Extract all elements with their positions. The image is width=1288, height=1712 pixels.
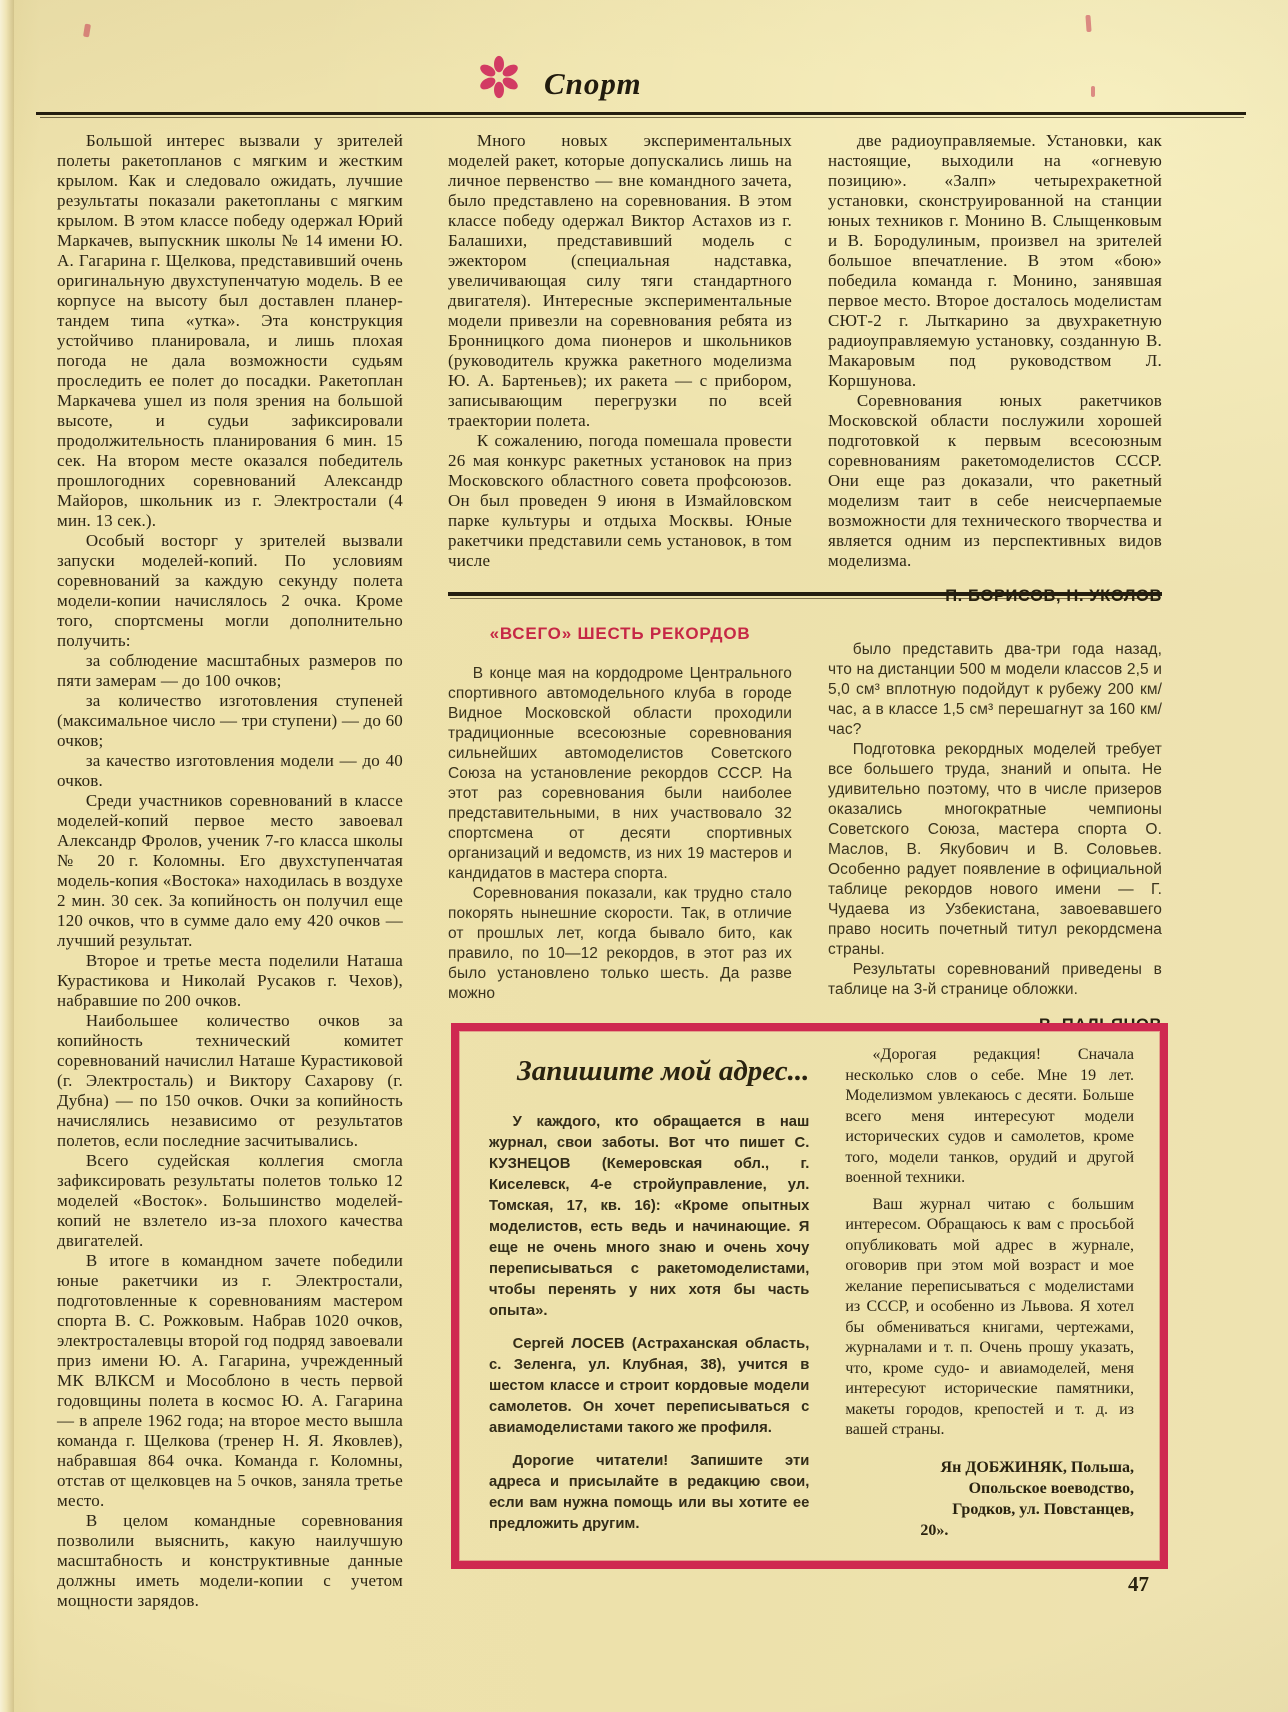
- red-registration-mark: [1085, 15, 1091, 32]
- records-column-right: было представить два-три года назад, что…: [828, 640, 1162, 1035]
- flower-icon: [476, 54, 522, 100]
- paragraph: Соревнования показали, как трудно стало …: [448, 884, 792, 1004]
- paragraph: Всего судейская коллегия смогла зафиксир…: [57, 1151, 403, 1251]
- paragraph: за качество изготовления модели — до 40 …: [57, 751, 403, 791]
- paragraph: Много новых экспериментальных моделей ра…: [448, 131, 792, 431]
- paragraph: две радиоуправляемые. Установки, как нас…: [828, 131, 1162, 391]
- records-column-left: В конце мая на кордодроме Центрального с…: [448, 664, 792, 1004]
- scan-paper-edge: [0, 0, 14, 1712]
- paragraph: за соблюдение масштабных размеров по пят…: [57, 651, 403, 691]
- paragraph: Ваш журнал читаю с большим интересом. Об…: [845, 1195, 1134, 1441]
- byline-line: Ян ДОБЖИНЯК, Польша,: [845, 1457, 1134, 1478]
- paragraph: Результаты соревнований приведены в табл…: [828, 960, 1162, 1000]
- letters-box-column-left: Запишите мой адрес... У каждого, кто обр…: [489, 1045, 809, 1541]
- paragraph: Среди участников соревнований в классе м…: [57, 791, 403, 951]
- paragraph: «Дорогая редакция! Сначала несколько сло…: [845, 1045, 1134, 1189]
- paragraph: В целом командные соревнования позволили…: [57, 1511, 403, 1611]
- paragraph: К сожалению, погода помешала провести 26…: [448, 431, 792, 571]
- article-column-1: Большой интерес вызвали у зрителей полет…: [57, 131, 403, 1611]
- paragraph: Особый восторг у зрителей вызвали запуск…: [57, 531, 403, 651]
- article-column-3: две радиоуправляемые. Установки, как нас…: [828, 131, 1162, 606]
- paragraph: Соревнования юных ракетчиков Московской …: [828, 391, 1162, 571]
- section-title: Спорт: [544, 66, 642, 102]
- letters-box-column-right: «Дорогая редакция! Сначала несколько сло…: [845, 1045, 1134, 1541]
- red-registration-mark: [83, 24, 91, 38]
- letters-box-title: Запишите мой адрес...: [517, 1055, 809, 1088]
- header-rule: [36, 112, 1246, 115]
- letters-box: Запишите мой адрес... У каждого, кто обр…: [451, 1023, 1168, 1569]
- records-section-title: «ВСЕГО» ШЕСТЬ РЕКОРДОВ: [448, 624, 792, 644]
- paragraph: У каждого, кто обращается в наш журнал, …: [489, 1112, 809, 1322]
- byline-line: Опольское воеводство,: [845, 1478, 1134, 1499]
- page-header: Спорт: [0, 50, 1288, 110]
- paragraph: за количество изготовления ступеней (мак…: [57, 691, 403, 751]
- letter-author-byline: Ян ДОБЖИНЯК, Польша, Опольское воеводств…: [845, 1457, 1134, 1541]
- article-byline: П. БОРИСОВ, Н. УКОЛОВ: [828, 587, 1162, 606]
- byline-line: Гродков, ул. Повстанцев,: [845, 1499, 1134, 1520]
- article-column-2: Много новых экспериментальных моделей ра…: [448, 131, 792, 571]
- paragraph: Подготовка рекордных моделей требует все…: [828, 740, 1162, 960]
- paragraph: Дорогие читатели! Запишите эти адреса и …: [489, 1451, 809, 1535]
- paragraph: Большой интерес вызвали у зрителей полет…: [57, 131, 403, 531]
- paragraph: В итоге в командном зачете победили юные…: [57, 1251, 403, 1511]
- paragraph: было представить два-три года назад, что…: [828, 640, 1162, 740]
- byline-line: 20».: [845, 1520, 1134, 1541]
- paragraph: Наибольшее количество очков за копийност…: [57, 1011, 403, 1151]
- paragraph: Сергей ЛОСЕВ (Астраханская область, с. З…: [489, 1334, 809, 1439]
- paragraph: Второе и третье места поделили Наташа Ку…: [57, 951, 403, 1011]
- paragraph: В конце мая на кордодроме Центрального с…: [448, 664, 792, 884]
- section-divider-rule: [448, 592, 1162, 596]
- page-number: 47: [1128, 1572, 1149, 1597]
